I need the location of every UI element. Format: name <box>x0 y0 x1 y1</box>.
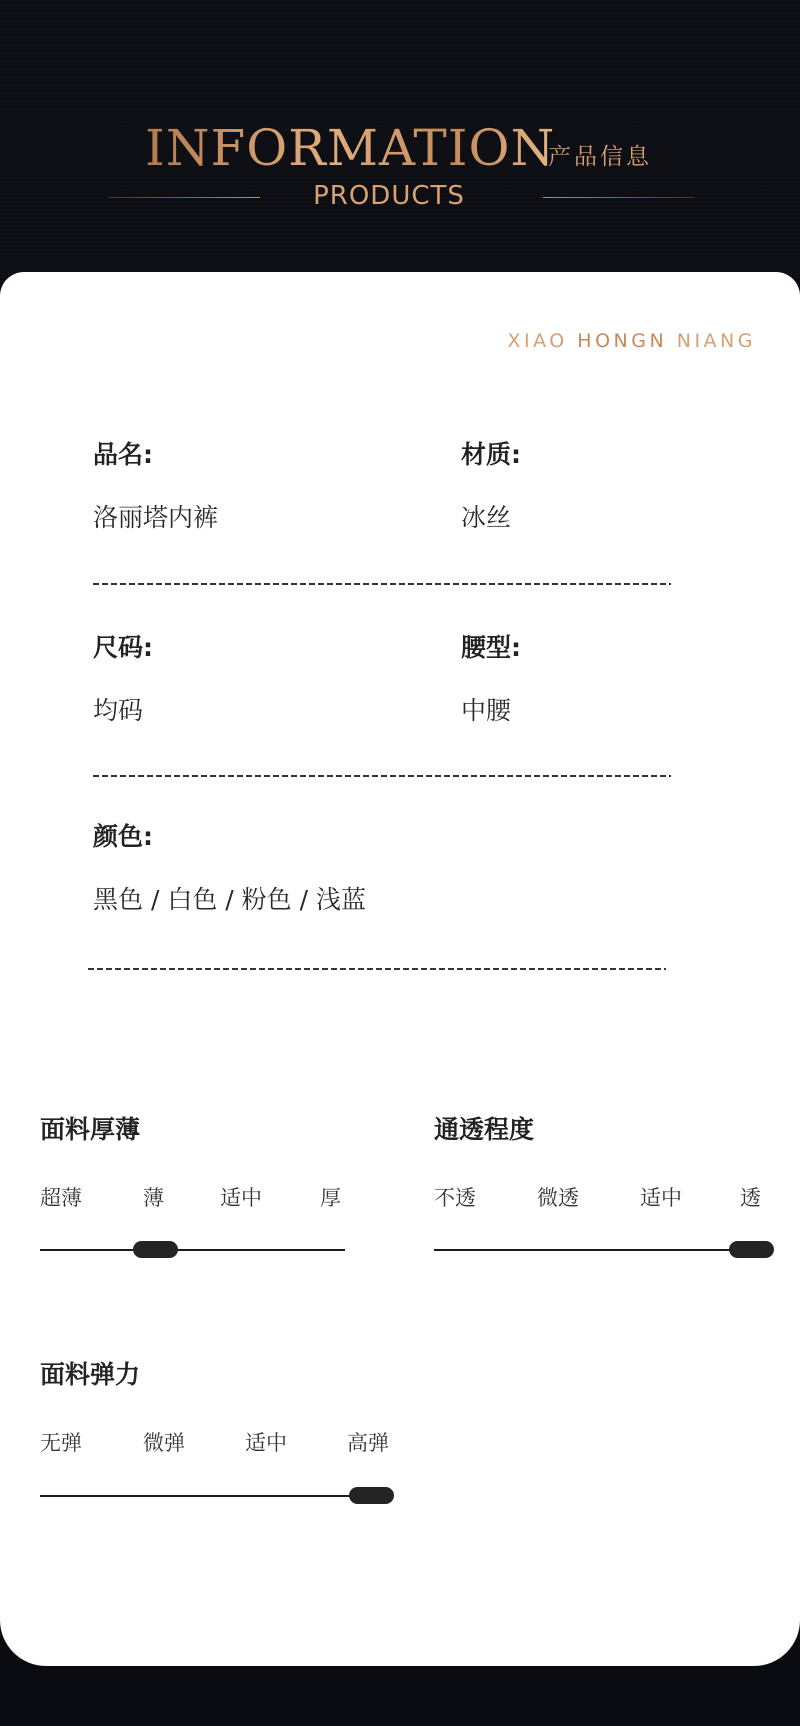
brand-name: XIAO HONGN NIANG <box>508 330 756 352</box>
header-title-cn: 产品信息 <box>548 143 652 171</box>
spec-label: 材质: <box>461 440 521 470</box>
spec-label: 尺码: <box>93 633 153 663</box>
spec-size: 尺码: 均码 <box>93 633 153 726</box>
spec-value: 均码 <box>93 696 153 726</box>
meter-fabric-elasticity: 面料弹力 无弹 微弹 适中 高弹 <box>40 1360 410 1460</box>
slider-track-thickness[interactable] <box>40 1249 345 1251</box>
meter-title: 面料厚薄 <box>40 1115 370 1145</box>
spec-label: 腰型: <box>461 633 521 663</box>
meter-option: 不透 <box>434 1185 476 1211</box>
brand-part-1: XIAO <box>508 330 578 352</box>
spec-material: 材质: 冰丝 <box>461 440 521 533</box>
spec-label: 颜色: <box>93 822 366 852</box>
spec-value: 冰丝 <box>461 503 521 533</box>
meter-option: 适中 <box>220 1185 262 1211</box>
meter-option: 透 <box>740 1185 761 1211</box>
meter-option: 微透 <box>537 1185 579 1211</box>
dashed-divider <box>93 583 671 585</box>
meter-options: 不透 微透 适中 透 <box>434 1185 794 1215</box>
meter-options: 超薄 薄 适中 厚 <box>40 1185 370 1215</box>
meter-title: 通透程度 <box>434 1115 794 1145</box>
slider-thumb-elasticity[interactable] <box>349 1487 394 1504</box>
header-title: INFORMATION <box>145 118 555 178</box>
meter-fabric-thickness: 面料厚薄 超薄 薄 适中 厚 <box>40 1115 370 1215</box>
spec-color: 颜色: 黑色 / 白色 / 粉色 / 浅蓝 <box>93 822 366 915</box>
meter-option: 无弹 <box>40 1430 82 1456</box>
slider-thumb-transparency[interactable] <box>729 1241 774 1258</box>
meter-option: 适中 <box>640 1185 682 1211</box>
spec-value: 黑色 / 白色 / 粉色 / 浅蓝 <box>93 885 366 915</box>
meter-option: 薄 <box>143 1185 164 1211</box>
slider-track-transparency[interactable] <box>434 1249 734 1251</box>
meter-option: 微弹 <box>143 1430 185 1456</box>
decorative-line-right <box>543 197 695 198</box>
slider-thumb-thickness[interactable] <box>133 1241 178 1258</box>
spec-label: 品名: <box>93 440 218 470</box>
slider-track-elasticity[interactable] <box>40 1495 352 1497</box>
header-subtitle: PRODUCTS <box>0 180 778 212</box>
meter-options: 无弹 微弹 适中 高弹 <box>40 1430 410 1460</box>
meter-option: 高弹 <box>347 1430 389 1456</box>
product-info-card: XIAO HONGN NIANG 品名: 洛丽塔内裤 材质: 冰丝 尺码: 均码… <box>0 272 800 1666</box>
dashed-divider <box>88 968 666 970</box>
dashed-divider <box>93 775 671 777</box>
meter-option: 厚 <box>320 1185 341 1211</box>
spec-waist: 腰型: 中腰 <box>461 633 521 726</box>
spec-value: 中腰 <box>461 696 521 726</box>
brand-part-3: NIANG <box>667 330 756 352</box>
meter-transparency: 通透程度 不透 微透 适中 透 <box>434 1115 794 1215</box>
meter-option: 超薄 <box>40 1185 82 1211</box>
spec-product-name: 品名: 洛丽塔内裤 <box>93 440 218 533</box>
meter-option: 适中 <box>245 1430 287 1456</box>
spec-value: 洛丽塔内裤 <box>93 503 218 533</box>
brand-part-2: HONGN <box>577 330 667 352</box>
meter-title: 面料弹力 <box>40 1360 410 1390</box>
